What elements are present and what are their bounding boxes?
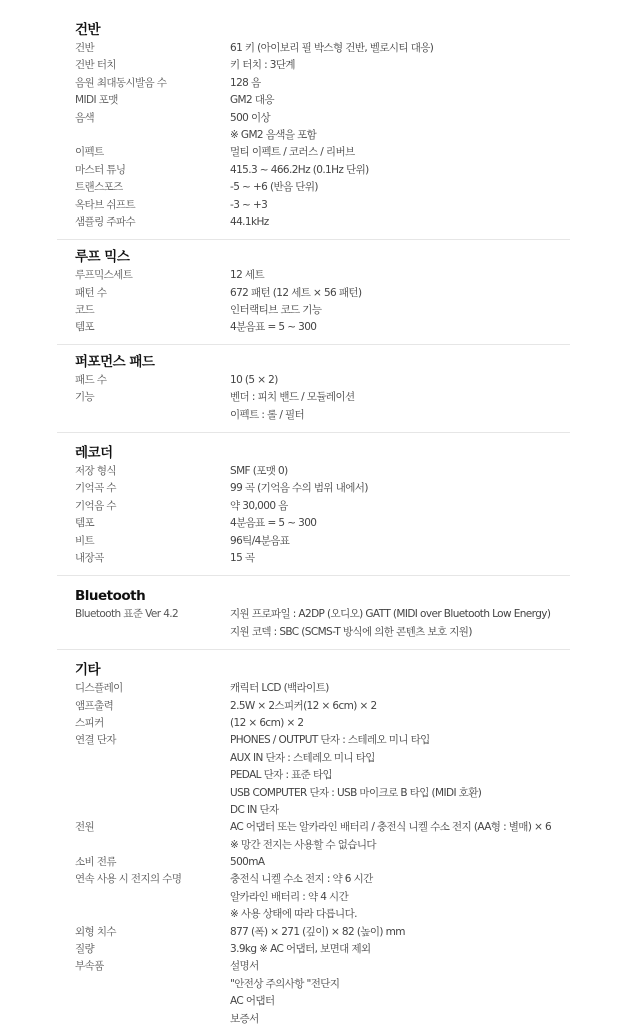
spec-value: -5 ~ +6 (반음 단위) (230, 179, 570, 196)
spec-sheet: 건반 건반61 키 (아이보리 필 박스형 건반, 벨로시티 대응) 건반 터치… (0, 0, 637, 1024)
spec-row: 이펙트멀티 이펙트 / 코러스 / 리버브 (57, 144, 570, 161)
spec-label: 기능 (57, 389, 230, 424)
spec-row: 패턴 수672 패턴 (12 세트 × 56 패턴) (57, 285, 570, 302)
spec-value: 2.5W × 2스피커(12 × 6cm) × 2 (230, 698, 570, 715)
spec-value: 약 30,000 음 (230, 498, 570, 515)
spec-value: 96틱/4분음표 (230, 533, 570, 550)
spec-row: 내장곡15 곡 (57, 550, 570, 567)
spec-label: 저장 형식 (57, 463, 230, 480)
section-bluetooth: Bluetooth Bluetooth 표준 Ver 4.2지원 프로파일 : … (57, 576, 570, 650)
spec-value: 키 터치 : 3단계 (230, 57, 570, 74)
spec-row: 기억음 수약 30,000 음 (57, 498, 570, 515)
spec-value: -3 ~ +3 (230, 197, 570, 214)
spec-value: 61 키 (아이보리 필 박스형 건반, 벨로시티 대응) (230, 40, 570, 57)
spec-value: 500mA (230, 854, 570, 871)
section-loop-mix: 루프 믹스 루프믹스세트12 세트 패턴 수672 패턴 (12 세트 × 56… (57, 240, 570, 345)
spec-label: 음원 최대동시발음 수 (57, 75, 230, 92)
spec-value: ※ 망간 전지는 사용할 수 없습니다 (230, 837, 570, 854)
spec-row: 트랜스포즈-5 ~ +6 (반음 단위) (57, 179, 570, 196)
spec-value: ※ GM2 음색을 포함 (230, 127, 570, 144)
section-performance-pad: 퍼포먼스 패드 패드 수10 (5 × 2) 기능벤더 : 피치 밴드 / 모듈… (57, 345, 570, 433)
spec-row: 부속품 설명서 "안전상 주의사항 "전단지 AC 어댑터 보증서 (57, 958, 570, 1024)
spec-label: 전원 (57, 819, 230, 854)
spec-row: 패드 수10 (5 × 2) (57, 372, 570, 389)
section-recorder: 레코더 저장 형식SMF (포맷 0) 기억곡 수99 곡 (기억음 수의 범위… (57, 433, 570, 576)
spec-value: 415.3 ~ 466.2Hz (0.1Hz 단위) (230, 162, 570, 179)
spec-row: 비트96틱/4분음표 (57, 533, 570, 550)
spec-value: 멀티 이펙트 / 코러스 / 리버브 (230, 144, 570, 161)
spec-value: AC 어댑터 (230, 993, 570, 1010)
section-title: Bluetooth (57, 586, 570, 606)
spec-label: 루프믹스세트 (57, 267, 230, 284)
spec-label: 건반 터치 (57, 57, 230, 74)
spec-row: Bluetooth 표준 Ver 4.2지원 프로파일 : A2DP (오디오)… (57, 606, 570, 641)
spec-label: 음색 (57, 110, 230, 145)
spec-value: 지원 코덱 : SBC (SCMS-T 방식에 의한 콘텐츠 보호 지원) (230, 624, 570, 641)
spec-row: 기억곡 수99 곡 (기억음 수의 범위 내에서) (57, 480, 570, 497)
spec-row: MIDI 포맷GM2 대응 (57, 92, 570, 109)
spec-value: 보증서 (230, 1011, 570, 1024)
spec-label: 내장곡 (57, 550, 230, 567)
spec-value: PEDAL 단자 : 표준 타입 (230, 767, 570, 784)
spec-value: GM2 대응 (230, 92, 570, 109)
section-title: 레코더 (57, 443, 570, 463)
spec-label: Bluetooth 표준 Ver 4.2 (57, 606, 230, 641)
spec-label: 스피커 (57, 715, 230, 732)
spec-label: 연속 사용 시 전지의 수명 (57, 871, 230, 923)
spec-value: 설명서 (230, 958, 570, 975)
spec-label: MIDI 포맷 (57, 92, 230, 109)
spec-row: 저장 형식SMF (포맷 0) (57, 463, 570, 480)
spec-label: 외형 치수 (57, 924, 230, 941)
spec-label: 기억곡 수 (57, 480, 230, 497)
spec-value: (12 × 6cm) × 2 (230, 715, 570, 732)
spec-label: 템포 (57, 319, 230, 336)
spec-row: 앰프출력2.5W × 2스피커(12 × 6cm) × 2 (57, 698, 570, 715)
spec-value: 10 (5 × 2) (230, 372, 570, 389)
spec-label: 옥타브 쉬프트 (57, 197, 230, 214)
spec-label: 패드 수 (57, 372, 230, 389)
spec-value: SMF (포맷 0) (230, 463, 570, 480)
spec-label: 연결 단자 (57, 732, 230, 819)
spec-label: 템포 (57, 515, 230, 532)
spec-row: 외형 치수877 (폭) × 271 (깊이) × 82 (높이) mm (57, 924, 570, 941)
spec-label: 건반 (57, 40, 230, 57)
spec-value: 캐릭터 LCD (백라이트) (230, 680, 570, 697)
spec-value: 877 (폭) × 271 (깊이) × 82 (높이) mm (230, 924, 570, 941)
spec-row: 건반61 키 (아이보리 필 박스형 건반, 벨로시티 대응) (57, 40, 570, 57)
spec-label: 코드 (57, 302, 230, 319)
spec-label: 샘플링 주파수 (57, 214, 230, 231)
spec-value: 4분음표 = 5 ~ 300 (230, 319, 570, 336)
spec-value: 15 곡 (230, 550, 570, 567)
spec-row: 샘플링 주파수44.1kHz (57, 214, 570, 231)
spec-label: 부속품 (57, 958, 230, 1024)
spec-value: 이펙트 : 롤 / 필터 (230, 407, 570, 424)
spec-value: DC IN 단자 (230, 802, 570, 819)
spec-value: 128 음 (230, 75, 570, 92)
section-title: 퍼포먼스 패드 (57, 352, 570, 372)
spec-label: 패턴 수 (57, 285, 230, 302)
spec-row: 템포4분음표 = 5 ~ 300 (57, 515, 570, 532)
spec-row: 기능벤더 : 피치 밴드 / 모듈레이션이펙트 : 롤 / 필터 (57, 389, 570, 424)
spec-value: USB COMPUTER 단자 : USB 마이크로 B 타입 (MIDI 호환… (230, 785, 570, 802)
spec-row: 소비 전류500mA (57, 854, 570, 871)
spec-value: ※ 사용 상태에 따라 다릅니다. (230, 906, 570, 923)
section-title: 기타 (57, 660, 570, 680)
spec-label: 소비 전류 (57, 854, 230, 871)
spec-row: 음색500 이상※ GM2 음색을 포함 (57, 110, 570, 145)
spec-value: 99 곡 (기억음 수의 범위 내에서) (230, 480, 570, 497)
spec-row: 질량3.9kg ※ AC 어댑터, 보면대 제외 (57, 941, 570, 958)
spec-label: 디스플레이 (57, 680, 230, 697)
spec-row: 옥타브 쉬프트-3 ~ +3 (57, 197, 570, 214)
spec-label: 이펙트 (57, 144, 230, 161)
section-keyboard: 건반 건반61 키 (아이보리 필 박스형 건반, 벨로시티 대응) 건반 터치… (57, 0, 570, 240)
spec-row: 연속 사용 시 전지의 수명 충전식 니켈 수소 전지 : 약 6 시간 알카라… (57, 871, 570, 923)
spec-label: 질량 (57, 941, 230, 958)
spec-label: 비트 (57, 533, 230, 550)
spec-value: 500 이상 (230, 110, 570, 127)
spec-row: 전원 AC 어댑터 또는 알카라인 배터리 / 충전식 니켈 수소 전지 (AA… (57, 819, 570, 854)
spec-row: 마스터 튜닝415.3 ~ 466.2Hz (0.1Hz 단위) (57, 162, 570, 179)
spec-row: 스피커(12 × 6cm) × 2 (57, 715, 570, 732)
spec-value: 672 패턴 (12 세트 × 56 패턴) (230, 285, 570, 302)
spec-row: 템포4분음표 = 5 ~ 300 (57, 319, 570, 336)
spec-value: PHONES / OUTPUT 단자 : 스테레오 미니 타입 (230, 732, 570, 749)
spec-value: 3.9kg ※ AC 어댑터, 보면대 제외 (230, 941, 570, 958)
spec-value: AUX IN 단자 : 스테레오 미니 타입 (230, 750, 570, 767)
spec-value: 지원 프로파일 : A2DP (오디오) GATT (MIDI over Blu… (230, 606, 570, 623)
spec-row: 연결 단자 PHONES / OUTPUT 단자 : 스테레오 미니 타입 AU… (57, 732, 570, 819)
section-title: 건반 (57, 20, 570, 40)
spec-label: 트랜스포즈 (57, 179, 230, 196)
spec-label: 마스터 튜닝 (57, 162, 230, 179)
spec-value: 벤더 : 피치 밴드 / 모듈레이션 (230, 389, 570, 406)
section-other: 기타 디스플레이캐릭터 LCD (백라이트) 앰프출력2.5W × 2스피커(1… (57, 650, 570, 1024)
spec-label: 기억음 수 (57, 498, 230, 515)
spec-value: 44.1kHz (230, 214, 570, 231)
section-title: 루프 믹스 (57, 247, 570, 267)
spec-row: 건반 터치키 터치 : 3단계 (57, 57, 570, 74)
spec-value: 인터랙티브 코드 기능 (230, 302, 570, 319)
spec-value: 충전식 니켈 수소 전지 : 약 6 시간 (230, 871, 570, 888)
spec-row: 디스플레이캐릭터 LCD (백라이트) (57, 680, 570, 697)
spec-value: 알카라인 배터리 : 약 4 시간 (230, 889, 570, 906)
spec-value: 4분음표 = 5 ~ 300 (230, 515, 570, 532)
spec-value: AC 어댑터 또는 알카라인 배터리 / 충전식 니켈 수소 전지 (AA형 :… (230, 819, 570, 836)
spec-row: 음원 최대동시발음 수128 음 (57, 75, 570, 92)
spec-row: 코드인터랙티브 코드 기능 (57, 302, 570, 319)
spec-value: "안전상 주의사항 "전단지 (230, 976, 570, 993)
spec-value: 12 세트 (230, 267, 570, 284)
spec-label: 앰프출력 (57, 698, 230, 715)
spec-row: 루프믹스세트12 세트 (57, 267, 570, 284)
